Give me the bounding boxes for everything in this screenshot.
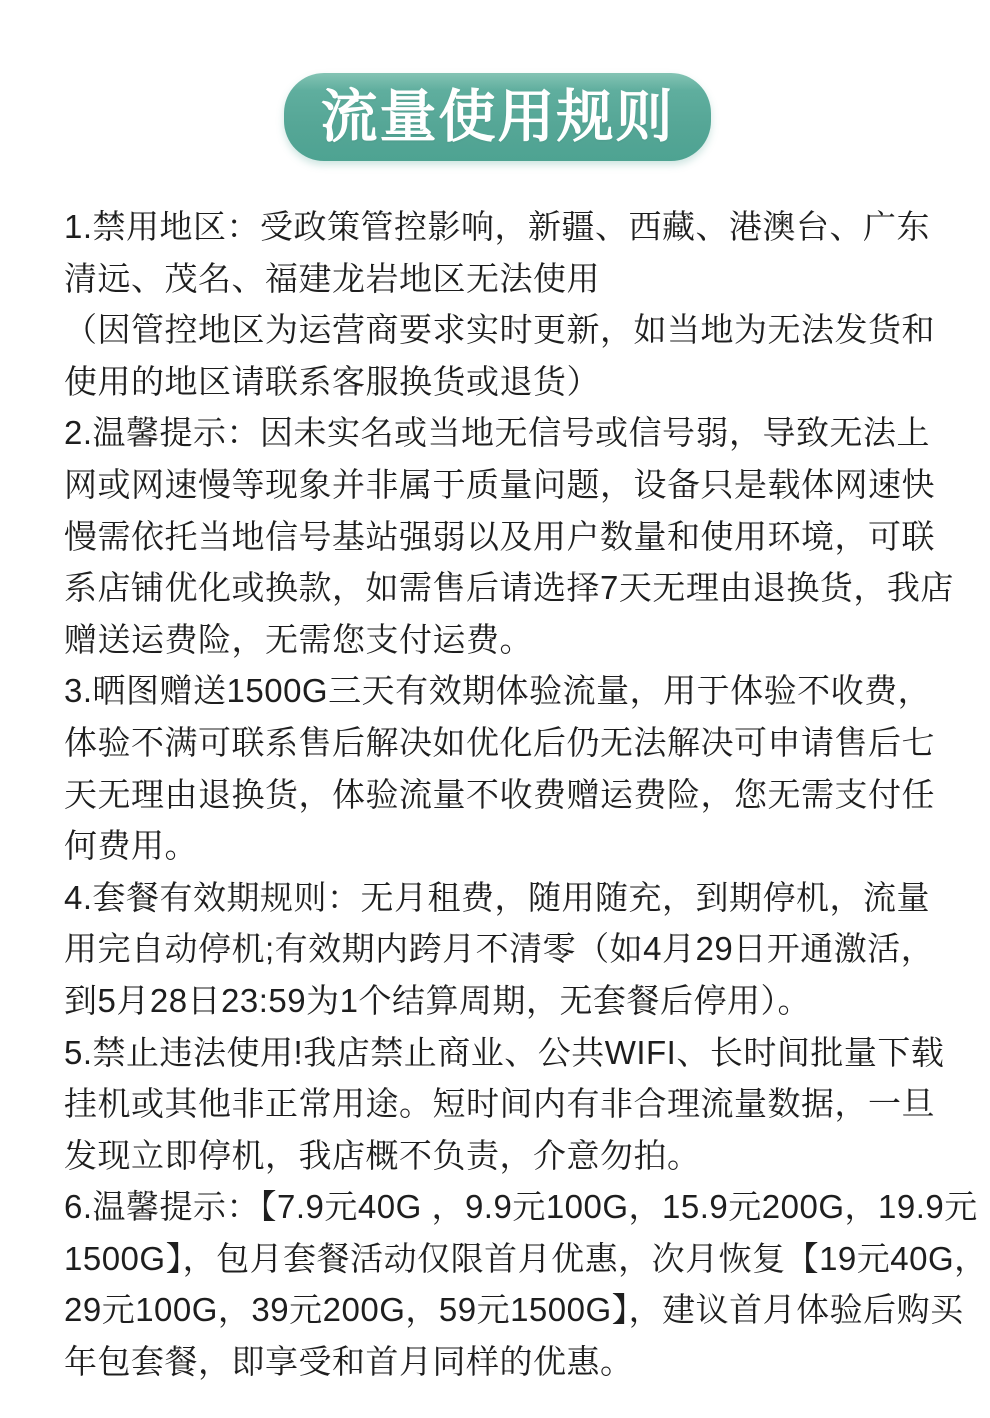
text-line: 1.禁用地区：受政策管控影响，新疆、西藏、港澳台、广东 <box>64 201 944 253</box>
text-line: 天无理由退换货，体验流量不收费赠运费险，您无需支付任 <box>64 769 944 821</box>
text-line: 3.晒图赠送1500G三天有效期体验流量，用于体验不收费， <box>64 665 944 717</box>
text-line: 年包套餐，即享受和首月同样的优惠。 <box>64 1336 944 1388</box>
text-line: （因管控地区为运营商要求实时更新，如当地为无法发货和 <box>64 304 944 356</box>
text-line: 29元100G，39元200G，59元1500G】，建议首月体验后购买 <box>64 1284 944 1336</box>
text-line: 1500G】，包月套餐活动仅限首月优惠，次月恢复【19元40G， <box>64 1233 944 1285</box>
text-line: 用完自动停机;有效期内跨月不清零（如4月29日开通激活， <box>64 923 944 975</box>
text-line: 清远、茂名、福建龙岩地区无法使用 <box>64 253 944 305</box>
text-line: 网或网速慢等现象并非属于质量问题，设备只是载体网速快 <box>64 459 944 511</box>
page-title: 流量使用规则 <box>321 89 675 146</box>
text-line: 4.套餐有效期规则：无月租费，随用随充，到期停机，流量 <box>64 872 944 924</box>
text-line: 发现立即停机，我店概不负责，介意勿拍。 <box>64 1130 944 1182</box>
text-line: 慢需依托当地信号基站强弱以及用户数量和使用环境，可联 <box>64 511 944 563</box>
text-line: 5.禁止违法使用!我店禁止商业、公共WIFI、长时间批量下载 <box>64 1027 944 1079</box>
text-line: 何费用。 <box>64 820 944 872</box>
text-line: 到5月28日23:59为1个结算周期，无套餐后停用）。 <box>64 975 944 1027</box>
text-line: 体验不满可联系售后解决如优化后仍无法解决可申请售后七 <box>64 717 944 769</box>
text-line: 使用的地区请联系客服换货或退货） <box>64 356 944 408</box>
page: { "page": { "background_color": "#ffffff… <box>0 0 990 1418</box>
text-line: 系店铺优化或换款，如需售后请选择7天无理由退换货，我店 <box>64 562 944 614</box>
text-line: 6.温馨提示：【7.9元40G ，9.9元100G，15.9元200G，19.9… <box>64 1181 944 1233</box>
text-line: 挂机或其他非正常用途。短时间内有非合理流量数据，一旦 <box>64 1078 944 1130</box>
rules-text: 1.禁用地区：受政策管控影响，新疆、西藏、港澳台、广东清远、茂名、福建龙岩地区无… <box>64 201 944 1388</box>
text-line: 赠送运费险，无需您支付运费。 <box>64 614 944 666</box>
text-line: 2.温馨提示：因未实名或当地无信号或信号弱，导致无法上 <box>64 407 944 459</box>
rules-banner: 流量使用规则 <box>284 73 711 161</box>
